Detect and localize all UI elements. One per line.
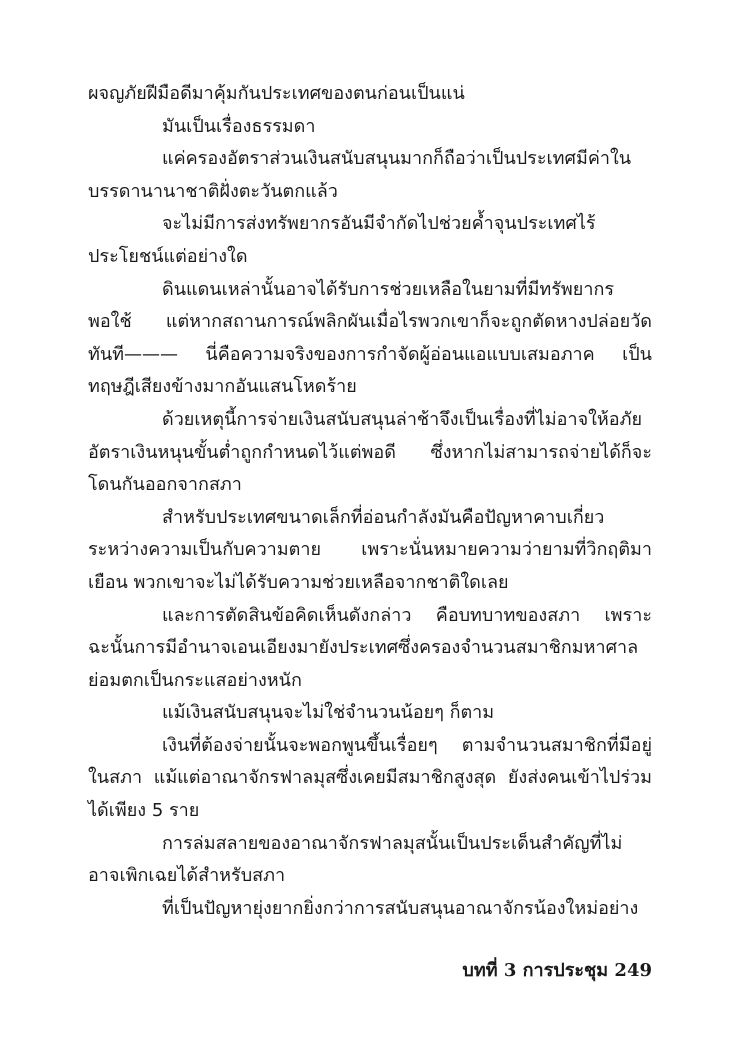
paragraph: และการตัดสินข้อคิดเห็นดังกล่าว คือบทบาทข… (88, 600, 652, 698)
paragraph: เงินที่ต้องจ่ายนั้นจะพอกพูนขึ้นเรื่อยๆ ต… (88, 730, 652, 828)
paragraph: ผจญภัยฝีมือดีมาคุ้มกันประเทศของตนก่อนเป็… (88, 78, 652, 111)
paragraph: จะไม่มีการส่งทรัพยากรอันมีจำกัดไปช่วยค้ำ… (88, 208, 652, 273)
paragraph: การล่มสลายของอาณาจักรฟาลมุสนั้นเป็นประเด… (88, 828, 652, 893)
paragraph: ด้วยเหตุนี้การจ่ายเงินสนับสนุนล่าช้าจึงเ… (88, 404, 652, 502)
page-number: 249 (614, 960, 652, 981)
paragraph: ที่เป็นปัญหายุ่งยากยิ่งกว่าการสนับสนุนอา… (88, 893, 652, 926)
page-body: ผจญภัยฝีมือดีมาคุ้มกันประเทศของตนก่อนเป็… (88, 78, 652, 925)
page-footer: บทที่ 3 การประชุม 249 (462, 955, 652, 984)
paragraph: ดินแดนเหล่านั้นอาจได้รับการช่วยเหลือในยา… (88, 274, 652, 404)
paragraph: สำหรับประเทศขนาดเล็กที่อ่อนกำลังมันคือปั… (88, 502, 652, 600)
chapter-title: บทที่ 3 การประชุม (462, 960, 608, 981)
paragraph: มันเป็นเรื่องธรรมดา (88, 111, 652, 144)
paragraph: แม้เงินสนับสนุนจะไม่ใช่จำนวนน้อยๆ ก็ตาม (88, 697, 652, 730)
paragraph: แค่ครองอัตราส่วนเงินสนับสนุนมากก็ถือว่าเ… (88, 143, 652, 208)
